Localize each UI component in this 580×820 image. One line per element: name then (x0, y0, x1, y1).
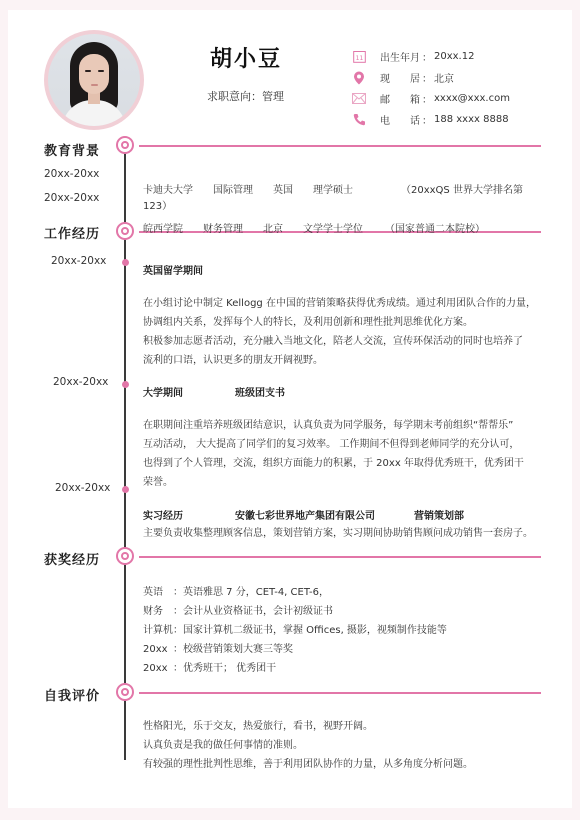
mail-icon (352, 92, 366, 106)
edu-date: 20xx-20xx (44, 192, 99, 204)
timeline-node-icon (116, 683, 134, 701)
edu-entry: 卡迪夫大学 国际管理 英国 理学硕士 （20xxQS 世界大学排名第 (143, 181, 543, 196)
work-heading: 英国留学期间 (143, 262, 203, 281)
info-residence: 现居：北京 (352, 67, 510, 88)
timeline-dot (122, 381, 129, 388)
edu-entry: 皖西学院 财务管理 北京 文学学士学位 （国家普通二本院校） (143, 220, 505, 235)
awards-list: 英语：英语雅思 7 分，CET-4, CET-6， 财务：会计从业资格证书，会计… (143, 583, 447, 678)
section-divider (139, 145, 541, 147)
section-title-education: 教育背景 (44, 140, 100, 159)
job-intent: 求职意向：管理 (207, 88, 284, 104)
award-item: 计算机：国家计算机二级证书，掌握 Offices, 摄影，视频制作技能等 (143, 621, 447, 640)
section-title-self-eval: 自我评价 (44, 685, 100, 704)
award-item: 20xx：校级营销策划大赛三等奖 (143, 640, 447, 659)
calendar-icon: 11 (352, 50, 366, 64)
phone-icon (352, 113, 366, 127)
work-date: 20xx-20xx (55, 482, 110, 494)
work-description: 在职期间注重培养班级团结意识，认真负责为同学服务，每学期末考前组织“帮帮乐” 互… (143, 416, 543, 492)
section-title-work: 工作经历 (44, 223, 100, 242)
self-eval-text: 性格阳光，乐于交友，热爱旅行，看书，视野开阔。 认真负责是我的做任何事情的准则。… (143, 717, 473, 774)
award-item: 财务：会计从业资格证书，会计初级证书 (143, 602, 447, 621)
award-item: 20xx：优秀班干； 优秀团干 (143, 659, 447, 678)
timeline-dot (122, 259, 129, 266)
edu-note-cont: 123） (143, 197, 172, 216)
location-pin-icon (352, 71, 366, 85)
info-birth: 11 出生年月：20xx.12 (352, 46, 510, 67)
work-date: 20xx-20xx (53, 376, 108, 388)
work-description: 主要负责收集整理顾客信息，策划营销方案，实习期间协助销售顾问成功销售一套房子。 (143, 524, 533, 543)
avatar-photo (48, 34, 140, 126)
work-description: 在小组讨论中制定 Kellogg 在中国的营销策略获得优秀成绩。通过利用团队合作… (143, 294, 543, 370)
contact-info: 11 出生年月：20xx.12 现居：北京 邮箱：xxxx@xxx.com 电话… (352, 46, 510, 130)
award-item: 英语：英语雅思 7 分，CET-4, CET-6， (143, 583, 447, 602)
section-title-awards: 获奖经历 (44, 549, 100, 568)
svg-text:11: 11 (355, 55, 363, 62)
info-email: 邮箱：xxxx@xxx.com (352, 88, 510, 109)
timeline-node-icon (116, 547, 134, 565)
work-heading: 大学期间 (143, 384, 183, 403)
timeline-node-icon (116, 222, 134, 240)
work-role: 班级团支书 (235, 384, 285, 403)
candidate-name: 胡小豆 (210, 42, 282, 73)
info-phone: 电话：188 xxxx 8888 (352, 109, 510, 130)
edu-date: 20xx-20xx (44, 168, 99, 180)
section-divider (139, 692, 541, 694)
timeline-node-icon (116, 136, 134, 154)
timeline-dot (122, 486, 129, 493)
section-divider (139, 556, 541, 558)
work-date: 20xx-20xx (51, 255, 106, 267)
avatar (44, 30, 144, 130)
timeline-line (124, 150, 126, 760)
